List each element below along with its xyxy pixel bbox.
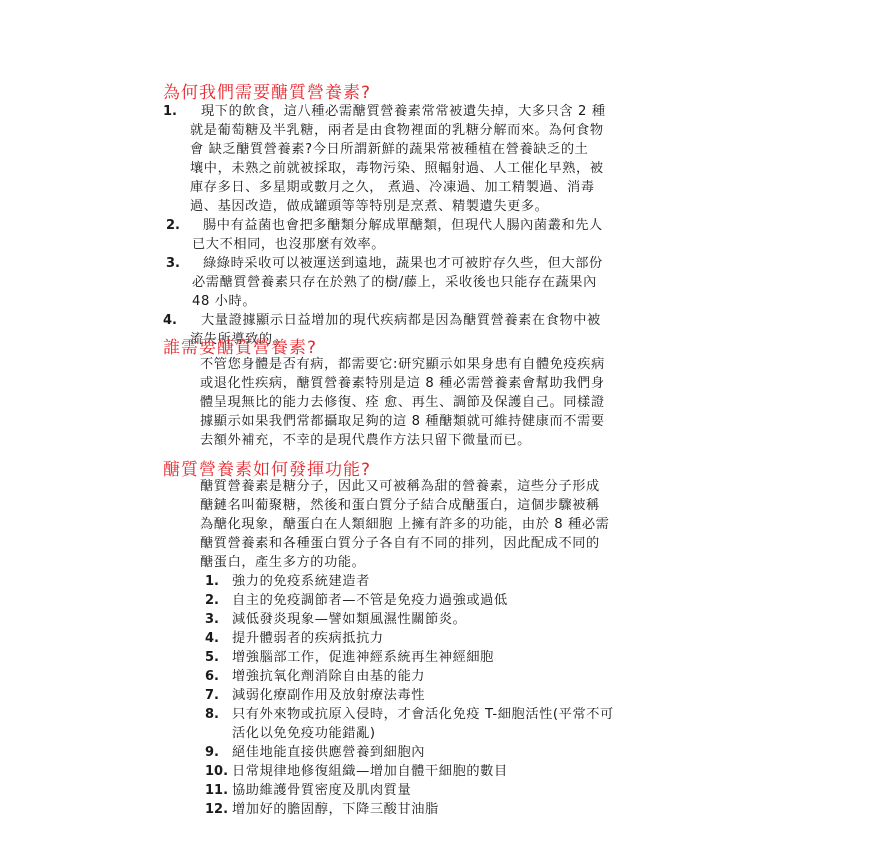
list-item-text: 會 缺乏醣質營養素?今日所謂新鮮的蔬果常被種植在營養缺乏的土 — [190, 142, 588, 158]
section-heading-how-it-works: 醣質營養素如何發揮功能? — [163, 455, 371, 480]
function-number: 12. — [205, 802, 228, 817]
paragraph-line: 醣質營養素和各種蛋白質分子各自有不同的排列，因此配成不同的 — [200, 536, 600, 552]
list-item-text: 就是葡萄糖及半乳糖，兩者是由食物裡面的乳糖分解而來。為何食物 — [190, 123, 604, 139]
function-text: 活化以免免疫功能錯亂) — [232, 726, 376, 742]
function-text: 只有外來物或抗原入侵時，才會活化免疫 T-細胞活性(平常不可 — [232, 707, 614, 723]
list-number: 2. — [166, 218, 180, 233]
function-number: 2. — [205, 593, 219, 608]
list-item-text: 已大不相同，也沒那麼有效率。 — [192, 237, 385, 253]
section-heading-why-needed: 為何我們需要醣質營養素? — [163, 78, 371, 103]
function-number: 4. — [205, 631, 219, 646]
paragraph-line: 醣蛋白，產生多方的功能。 — [200, 555, 365, 571]
section-heading-who-needs: 誰需要醣質營養素? — [163, 333, 317, 358]
list-item-text: 過、基因改造，做成罐頭等等特別是烹煮、精製遺失更多。 — [190, 199, 548, 215]
function-number: 11. — [205, 783, 228, 798]
list-item-text: 壤中，未熟之前就被採取，毒物污染、照輻射過、人工催化早熟，被 — [190, 161, 604, 177]
paragraph-line: 據顯示如果我們常都攝取足夠的這 8 種醣類就可維持健康而不需要 — [200, 414, 605, 430]
paragraph-line: 體呈現無比的能力去修復、痊 愈、再生、調節及保護自己。同樣證 — [200, 395, 605, 411]
paragraph-line: 醣鏈名叫葡聚糖，然後和蛋白質分子結合成醣蛋白，這個步驟被稱 — [200, 498, 600, 514]
list-item-text: 腸中有益菌也會把多醣類分解成單醣類，但現代人腸內菌叢和先人 — [203, 218, 603, 234]
document-page: 為何我們需要醣質營養素? 1. 現下的飲食，這八種必需醣質營養素常常被遺失掉，大… — [0, 0, 870, 842]
list-item-text: 大量證據顯示日益增加的現代疾病都是因為醣質營養素在食物中被 — [201, 313, 601, 329]
paragraph-line: 為醣化現象，醣蛋白在人類細胞 上擁有許多的功能，由於 8 種必需 — [200, 517, 609, 533]
function-text: 強力的免疫系統建造者 — [232, 574, 370, 590]
function-text: 增強腦部工作，促進神經系統再生神經細胞 — [232, 650, 494, 666]
function-number: 6. — [205, 669, 219, 684]
function-number: 10. — [205, 764, 228, 779]
function-text: 自主的免疫調節者—不管是免疫力過強或過低 — [232, 593, 508, 609]
paragraph-line: 或退化性疾病，醣質營養素特別是這 8 種必需營養素會幫助我們身 — [200, 376, 605, 392]
function-text: 增加好的膽固醇，下降三酸甘油脂 — [232, 802, 439, 818]
function-number: 8. — [205, 707, 219, 722]
function-number: 3. — [205, 612, 219, 627]
function-text: 協助維護骨質密度及肌肉質量 — [232, 783, 411, 799]
list-number: 3. — [166, 256, 180, 271]
paragraph-line: 醣質營養素是糖分子，因此又可被稱為甜的營養素，這些分子形成 — [200, 479, 600, 495]
function-number: 7. — [205, 688, 219, 703]
function-text: 提升體弱者的疾病抵抗力 — [232, 631, 384, 647]
list-item-text: 庫存多日、多星期或數月之久， 煮過、冷凍過、加工精製過、消毒 — [190, 180, 595, 196]
function-number: 5. — [205, 650, 219, 665]
list-item-text: 48 小時。 — [192, 294, 256, 310]
list-item-text: 必需醣質營養素只存在於熟了的樹/藤上，采收後也只能存在蔬果內 — [192, 275, 597, 291]
function-text: 增強抗氧化劑消除自由基的能力 — [232, 669, 425, 685]
list-item-text: 現下的飲食，這八種必需醣質營養素常常被遺失掉，大多只含 2 種 — [201, 104, 606, 120]
list-number: 4. — [163, 313, 177, 328]
paragraph-line: 去額外補充，不幸的是現代農作方法只留下微量而已。 — [200, 433, 531, 449]
function-text: 減低發炎現象—譬如類風濕性關節炎。 — [232, 612, 466, 628]
list-number: 1. — [163, 104, 177, 119]
function-text: 減弱化療副作用及放射療法毒性 — [232, 688, 425, 704]
function-text: 日常規律地修復組織—增加自體干細胞的數目 — [232, 764, 508, 780]
paragraph-line: 不管您身體是否有病，都需要它:研究顯示如果身患有自體免疫疾病 — [200, 357, 605, 373]
function-text: 絕佳地能直接供應營養到細胞內 — [232, 745, 425, 761]
function-number: 9. — [205, 745, 219, 760]
list-item-text: 綠綠時采收可以被運送到遠地，蔬果也才可被貯存久些，但大部份 — [203, 256, 603, 272]
function-number: 1. — [205, 574, 219, 589]
